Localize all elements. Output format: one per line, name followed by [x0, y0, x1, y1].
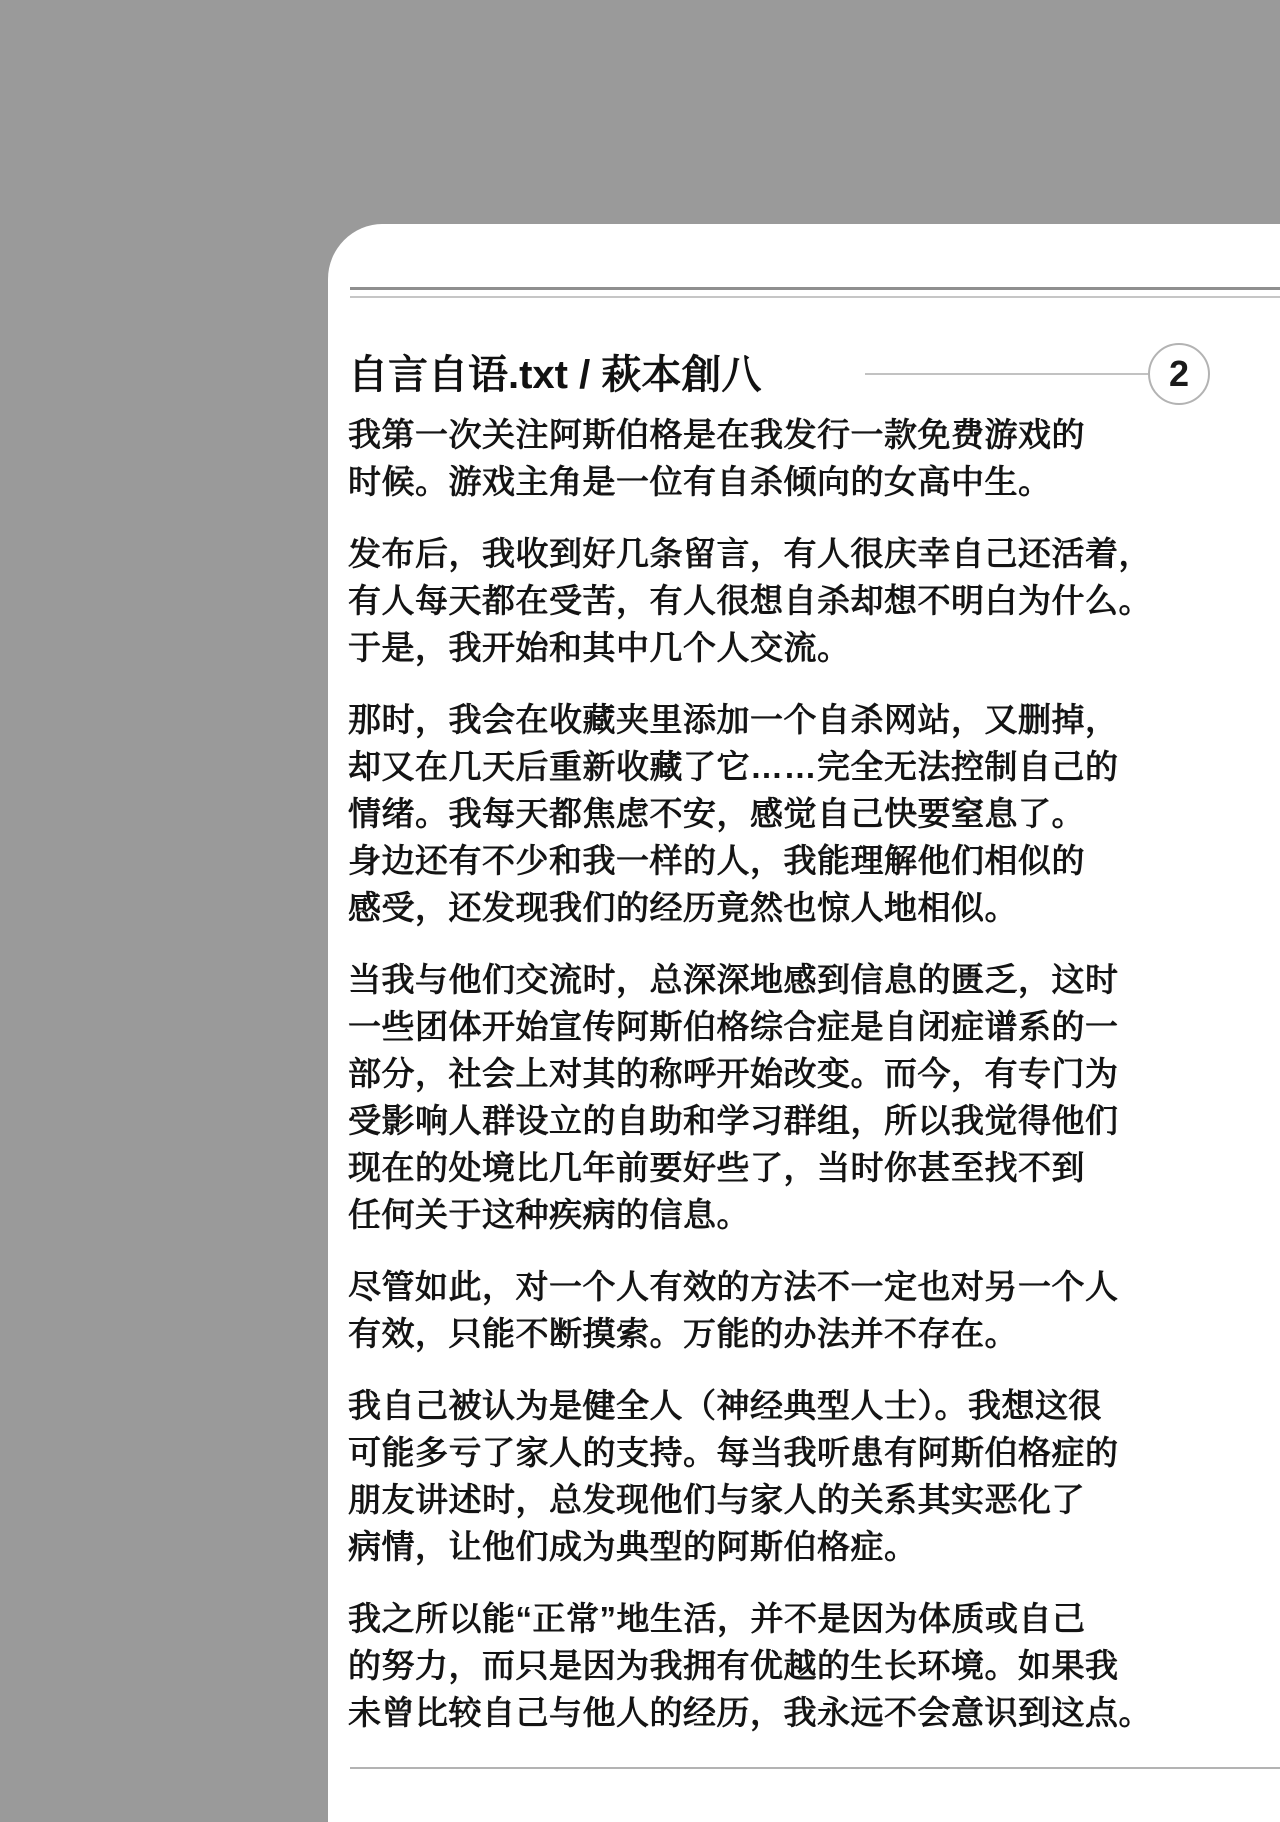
text-line: 却又在几天后重新收藏了它……完全无法控制自己的 — [348, 743, 1118, 790]
text-line: 我第一次关注阿斯伯格是在我发行一款免费游戏的 — [348, 411, 1118, 458]
page-number: 2 — [1169, 353, 1189, 395]
text-line: 于是，我开始和其中几个人交流。 — [348, 624, 1118, 671]
text-line: 部分，社会上对其的称呼开始改变。而今，有专门为 — [348, 1050, 1118, 1097]
text-line: 任何关于这种疾病的信息。 — [348, 1191, 1118, 1238]
text-line: 受影响人群设立的自助和学习群组，所以我觉得他们 — [348, 1097, 1118, 1144]
text-line: 未曾比较自己与他人的经历，我永远不会意识到这点。 — [348, 1689, 1118, 1736]
reader-background: 自言自语.txt / 萩本創八 2 我第一次关注阿斯伯格是在我发行一款免费游戏的… — [0, 0, 1280, 1822]
text-line: 病情，让他们成为典型的阿斯伯格症。 — [348, 1523, 1118, 1570]
text-line: 有效，只能不断摸索。万能的办法并不存在。 — [348, 1310, 1118, 1357]
top-rule-secondary — [350, 296, 1280, 298]
text-line: 感受，还发现我们的经历竟然也惊人地相似。 — [348, 884, 1118, 931]
text-line: 当我与他们交流时，总深深地感到信息的匮乏，这时 — [348, 956, 1118, 1003]
paragraph: 我自己被认为是健全人（神经典型人士）。我想这很可能多亏了家人的支持。每当我听患有… — [348, 1382, 1118, 1570]
text-line: 情绪。我每天都焦虑不安，感觉自己快要窒息了。 — [348, 790, 1118, 837]
text-line: 发布后，我收到好几条留言，有人很庆幸自己还活着， — [348, 530, 1118, 577]
paragraph: 当我与他们交流时，总深深地感到信息的匮乏，这时一些团体开始宣传阿斯伯格综合症是自… — [348, 956, 1118, 1238]
paragraph: 我之所以能“正常”地生活，并不是因为体质或自己的努力，而只是因为我拥有优越的生长… — [348, 1595, 1118, 1736]
bottom-rule — [350, 1767, 1280, 1769]
title-divider-line — [865, 373, 1148, 375]
text-line: 我之所以能“正常”地生活，并不是因为体质或自己 — [348, 1595, 1118, 1642]
text-line: 朋友讲述时，总发现他们与家人的关系其实恶化了 — [348, 1476, 1118, 1523]
text-line: 身边还有不少和我一样的人，我能理解他们相似的 — [348, 837, 1118, 884]
text-line: 那时，我会在收藏夹里添加一个自杀网站，又删掉， — [348, 696, 1118, 743]
text-line: 的努力，而只是因为我拥有优越的生长环境。如果我 — [348, 1642, 1118, 1689]
text-line: 现在的处境比几年前要好些了，当时你甚至找不到 — [348, 1144, 1118, 1191]
text-line: 有人每天都在受苦，有人很想自杀却想不明白为什么。 — [348, 577, 1118, 624]
text-line: 我自己被认为是健全人（神经典型人士）。我想这很 — [348, 1382, 1118, 1429]
article-body: 我第一次关注阿斯伯格是在我发行一款免费游戏的时候。游戏主角是一位有自杀倾向的女高… — [348, 411, 1118, 1761]
paragraph: 我第一次关注阿斯伯格是在我发行一款免费游戏的时候。游戏主角是一位有自杀倾向的女高… — [348, 411, 1118, 505]
page-number-badge: 2 — [1148, 343, 1210, 405]
text-line: 时候。游戏主角是一位有自杀倾向的女高中生。 — [348, 458, 1118, 505]
text-line: 可能多亏了家人的支持。每当我听患有阿斯伯格症的 — [348, 1429, 1118, 1476]
top-rule-primary — [350, 287, 1280, 290]
paragraph: 发布后，我收到好几条留言，有人很庆幸自己还活着，有人每天都在受苦，有人很想自杀却… — [348, 530, 1118, 671]
text-line: 一些团体开始宣传阿斯伯格综合症是自闭症谱系的一 — [348, 1003, 1118, 1050]
chapter-title: 自言自语.txt / 萩本創八 — [348, 350, 761, 400]
paragraph: 那时，我会在收藏夹里添加一个自杀网站，又删掉，却又在几天后重新收藏了它……完全无… — [348, 696, 1118, 931]
book-page[interactable]: 自言自语.txt / 萩本創八 2 我第一次关注阿斯伯格是在我发行一款免费游戏的… — [328, 224, 1280, 1822]
paragraph: 尽管如此，对一个人有效的方法不一定也对另一个人有效，只能不断摸索。万能的办法并不… — [348, 1263, 1118, 1357]
text-line: 尽管如此，对一个人有效的方法不一定也对另一个人 — [348, 1263, 1118, 1310]
